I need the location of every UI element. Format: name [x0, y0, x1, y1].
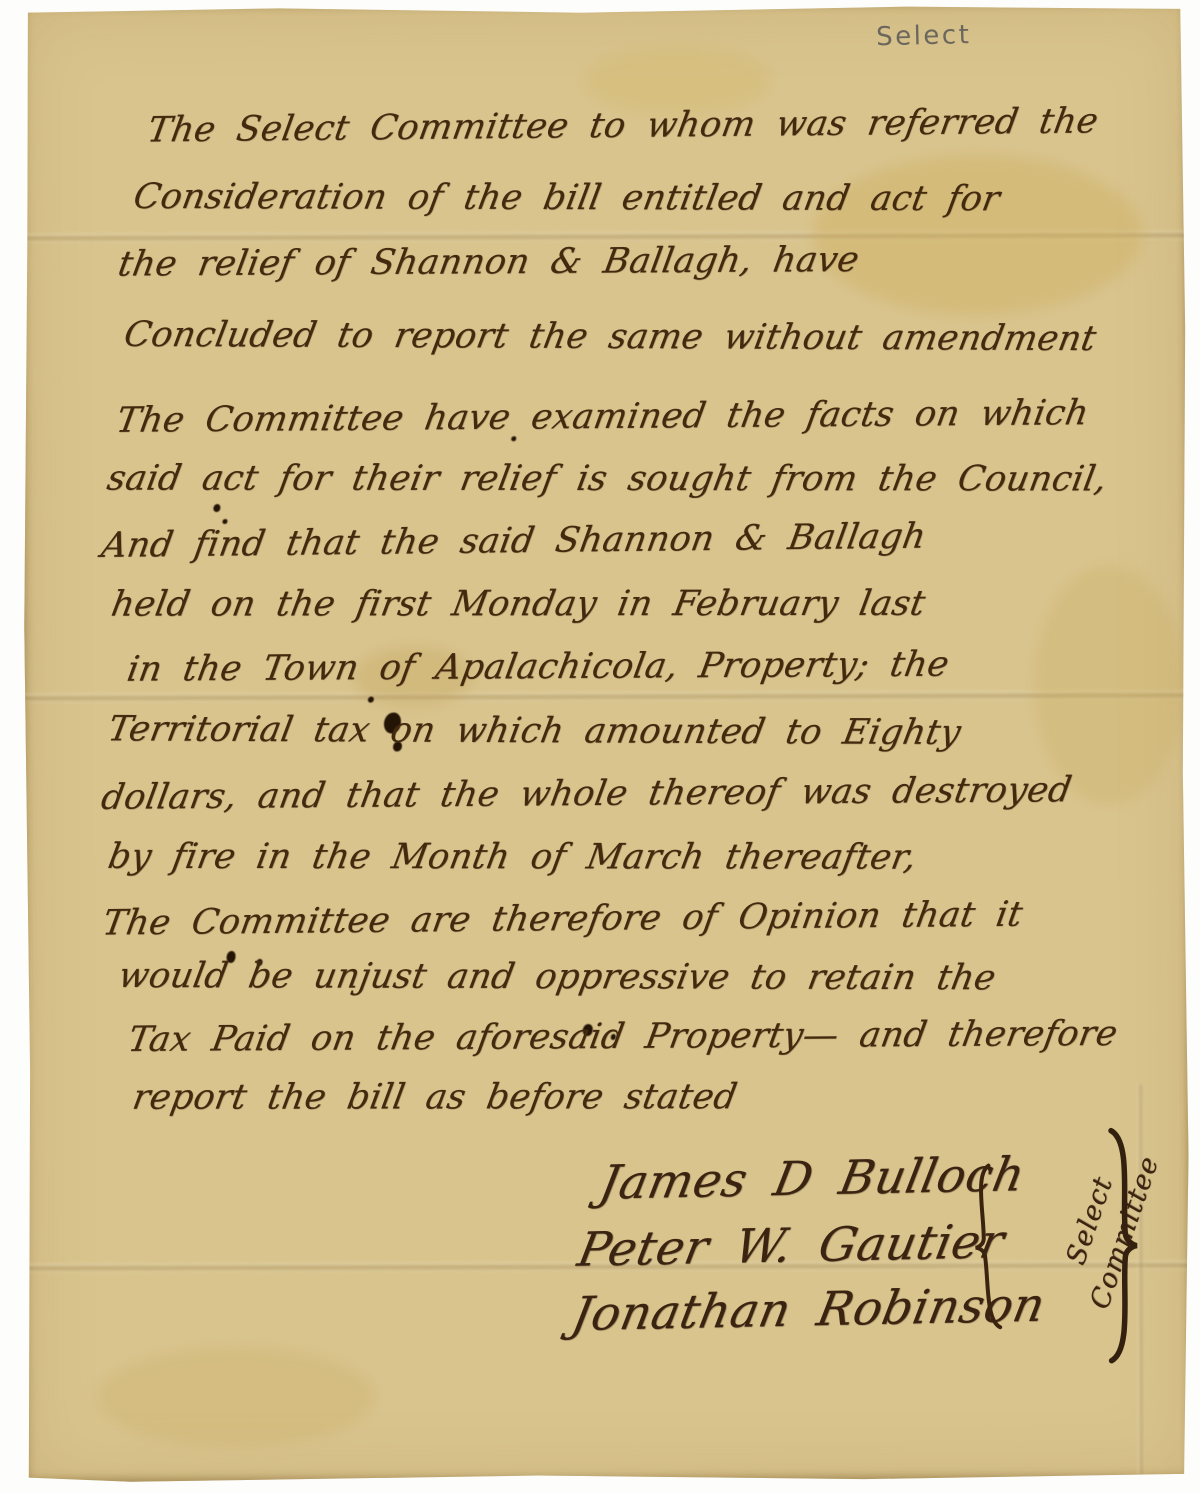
manuscript-line: Tax Paid on the aforesaid Property— and … — [125, 1014, 1120, 1060]
fold-crease — [24, 690, 1188, 702]
manuscript-line: held on the first Monday in February las… — [108, 584, 928, 625]
signature-brace-left-icon — [973, 1163, 999, 1331]
manuscript-line: Concluded to report the same without ame… — [121, 315, 1099, 359]
manuscript-line: would be unjust and oppressive to retain… — [115, 956, 999, 998]
manuscript-line: The Committee are therefore of Opinion t… — [100, 895, 1026, 944]
manuscript-line: the relief of Shannon & Ballagh, have — [115, 240, 862, 285]
manuscript-paper: Select The Select Committee to whom was … — [22, 4, 1190, 1483]
pencil-note: Select — [876, 20, 972, 52]
manuscript-line: said act for their relief is sought from… — [104, 459, 1110, 500]
ink-blot — [213, 504, 220, 512]
signature: James D Bulloch — [595, 1147, 1029, 1210]
ink-blot — [368, 697, 374, 703]
manuscript-line: Territorial tax on which amounted to Eig… — [105, 709, 964, 753]
stain — [1034, 564, 1185, 804]
manuscript-line: dollars, and that the whole thereof was … — [98, 770, 1074, 818]
signature: Peter W. Gautier — [573, 1214, 1009, 1278]
manuscript-line: The Select Committee to whom was referre… — [144, 101, 1101, 150]
manuscript-line: by fire in the Month of March thereafter… — [105, 837, 920, 878]
document-scan: Select The Select Committee to whom was … — [0, 0, 1200, 1493]
ink-blot — [222, 519, 227, 524]
manuscript-line: in the Town of Apalachicola, Property; t… — [124, 645, 952, 690]
manuscript-line: Consideration of the bill entitled and a… — [130, 177, 1002, 219]
manuscript-line: And find that the said Shannon & Ballagh — [99, 517, 929, 566]
stain — [96, 1347, 376, 1448]
signature-brace-right-icon — [1105, 1127, 1142, 1365]
manuscript-line: The Committee have examined the facts on… — [113, 393, 1091, 441]
manuscript-line: report the bill as before stated — [130, 1077, 741, 1118]
